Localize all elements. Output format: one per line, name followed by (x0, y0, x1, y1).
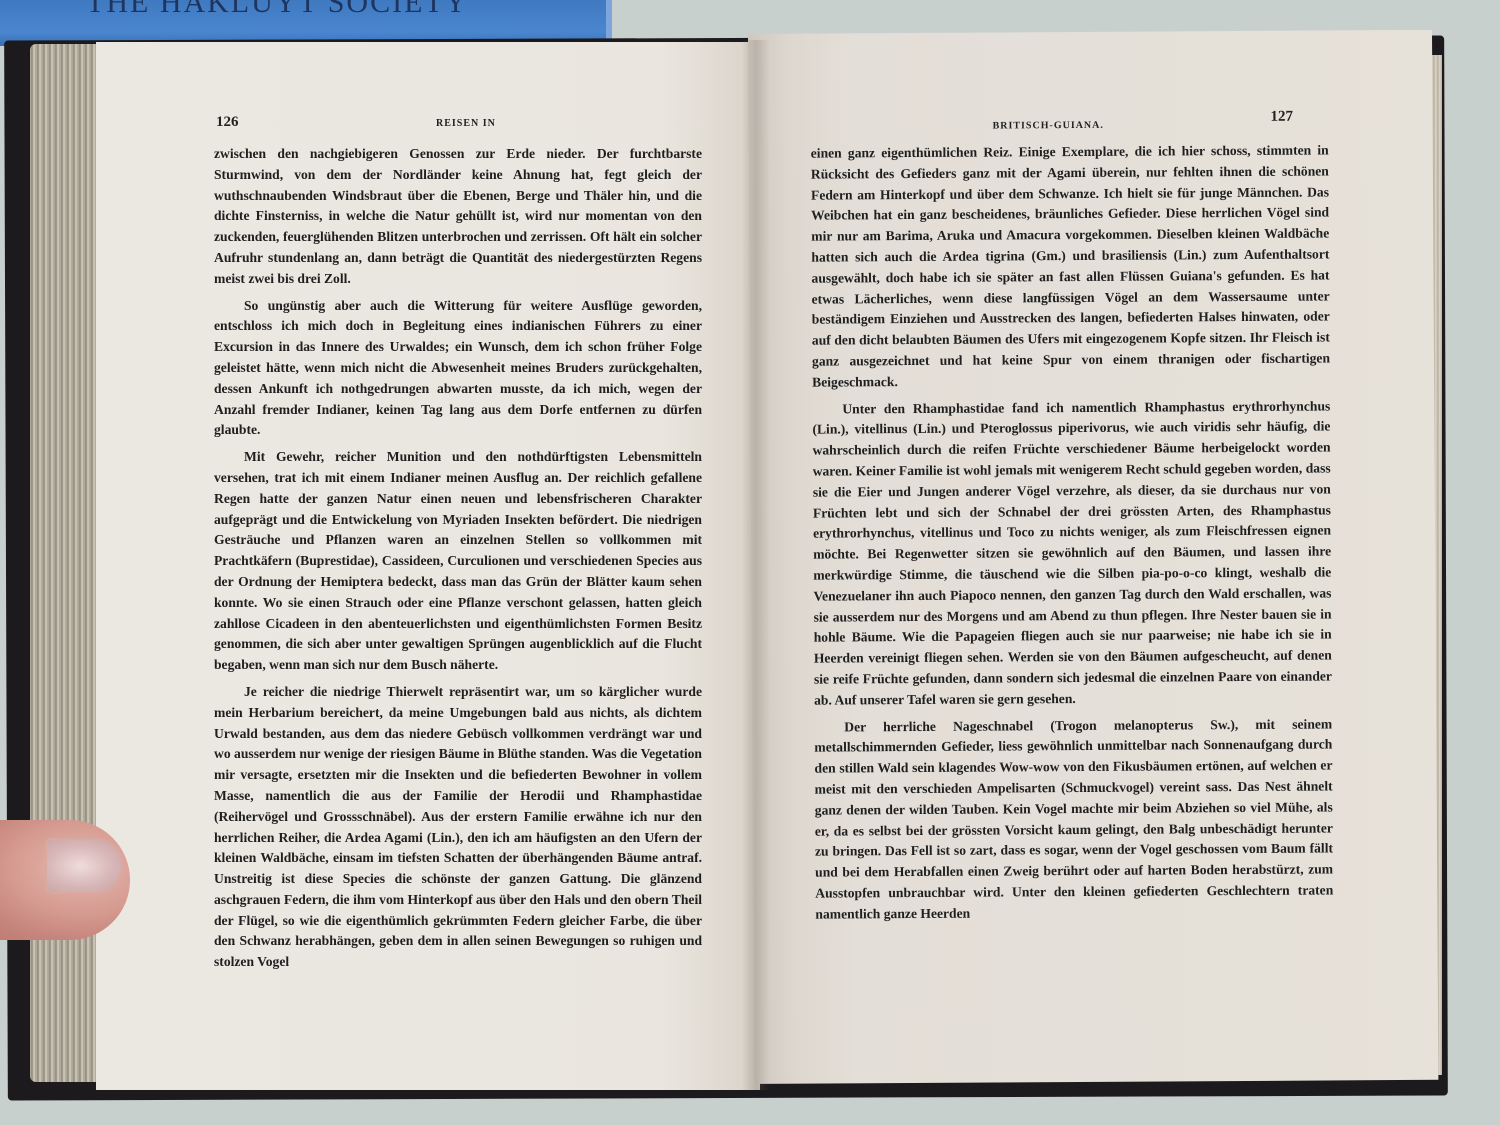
paragraph: zwischen den nachgiebigeren Genossen zur… (214, 144, 702, 290)
right-page: 127 BRITISCH-GUIANA. einen ganz eigenthü… (748, 30, 1438, 1084)
right-page-text: einen ganz eigenthümlichen Reiz. Einige … (811, 140, 1334, 931)
page-number-left: 126 (216, 114, 239, 131)
paragraph: Unter den Rhamphastidae fand ich namentl… (812, 396, 1332, 711)
running-head-left: REISEN IN (436, 118, 496, 129)
left-page-text: zwischen den nachgiebigeren Genossen zur… (214, 144, 702, 979)
paragraph: Je reicher die niedrige Thierwelt repräs… (214, 682, 702, 973)
background-book-title: THE HAKLUYT SOCIETY (86, 0, 468, 20)
running-head-right: BRITISCH-GUIANA. (993, 120, 1104, 132)
thumbnail-fingernail (45, 838, 123, 894)
paragraph: einen ganz eigenthümlichen Reiz. Einige … (811, 140, 1331, 393)
paragraph: Der herrliche Nageschnabel (Trogon melan… (814, 714, 1333, 925)
paragraph: So ungünstig aber auch die Witterung für… (214, 296, 702, 442)
left-page: 126 REISEN IN zwischen den nachgiebigere… (96, 42, 760, 1090)
page-number-right: 127 (1270, 109, 1293, 126)
paragraph: Mit Gewehr, reicher Munition und den not… (214, 447, 702, 676)
book-gutter (742, 40, 770, 1090)
